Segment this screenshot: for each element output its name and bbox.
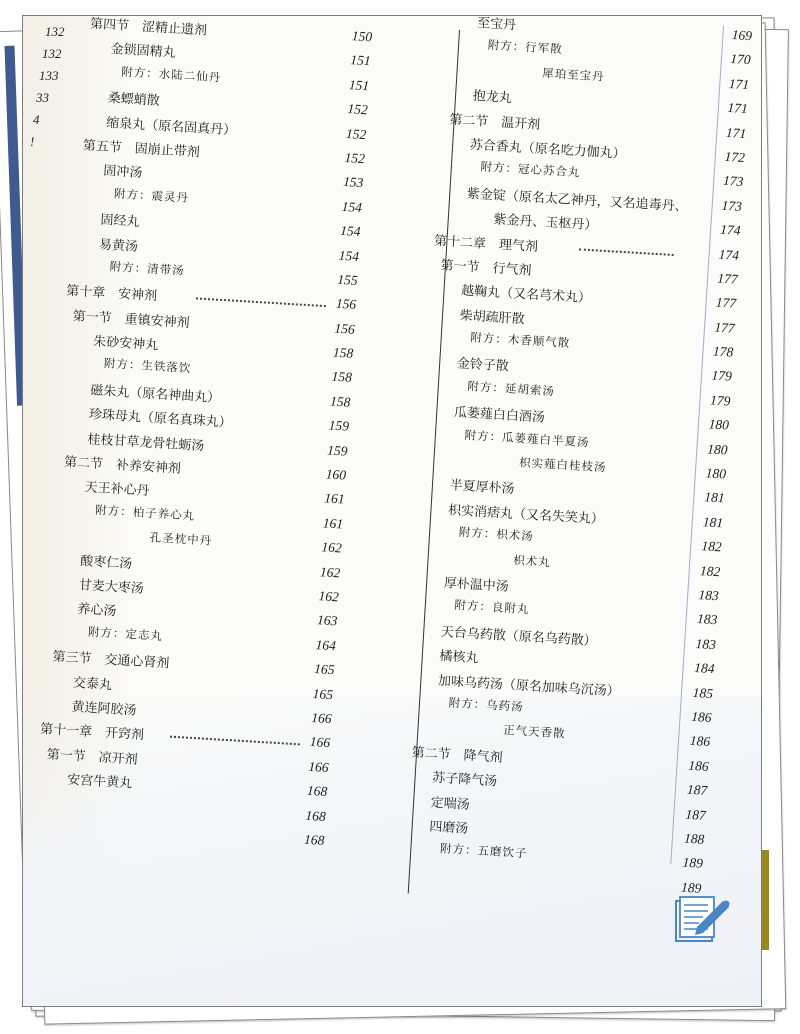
toc-page-number: 152 bbox=[344, 150, 365, 167]
toc-entry-title: 附方：冠心苏合丸 bbox=[480, 159, 581, 181]
toc-page-number: 166 bbox=[311, 710, 332, 727]
toc-entry-title: 附方：定志丸 bbox=[88, 623, 164, 643]
toc-entry-title: 附方：清带汤 bbox=[109, 258, 185, 278]
toc-entry-title: 附方：良附丸 bbox=[454, 597, 530, 617]
toc-entry-title: 第二节 温开剂 bbox=[449, 108, 541, 132]
toc-page-number: 187 bbox=[686, 782, 707, 799]
toc-page-number: 168 bbox=[304, 832, 325, 849]
toc-page-number: 177 bbox=[715, 295, 736, 312]
toc-entry-title: 附方：柏子养心丸 bbox=[95, 502, 196, 524]
toc-page-number: 185 bbox=[692, 684, 713, 701]
notepad-with-pencil-icon bbox=[673, 893, 733, 945]
toc-page-number: 158 bbox=[331, 369, 352, 386]
toc-entry-title: 金铃子散 bbox=[456, 353, 509, 375]
toc-page-number: 188 bbox=[684, 831, 705, 848]
toc-page-number: 182 bbox=[701, 538, 722, 555]
toc-entry-title: 养心汤 bbox=[77, 598, 117, 619]
toc-entry-title: 附方：延胡索汤 bbox=[467, 378, 555, 399]
leader-dots bbox=[170, 736, 300, 746]
toc-entry-title: 附方：五磨饮子 bbox=[440, 840, 528, 861]
toc-page-number: 151 bbox=[348, 77, 369, 94]
toc-page-number: 166 bbox=[309, 734, 330, 751]
toc-entry-title: 附方：木香顺气散 bbox=[470, 329, 571, 351]
toc-entry-title: 正气天香散 bbox=[503, 722, 566, 742]
toc-entry-title: 孔圣枕中丹 bbox=[149, 529, 212, 549]
toc-entry-title: 枳实薤白桂枝汤 bbox=[519, 454, 607, 475]
toc-page-number: 178 bbox=[713, 344, 734, 361]
toc-entry-title: 柴胡疏肝散 bbox=[459, 304, 525, 327]
toc-page-number: 164 bbox=[315, 637, 336, 654]
toc-page-number: 179 bbox=[710, 392, 731, 409]
toc-page-number: 181 bbox=[702, 514, 723, 531]
toc-entry-title: 第一节 凉开剂 bbox=[46, 743, 138, 767]
toc-entry-title: 苏子降气汤 bbox=[432, 767, 498, 790]
toc-page-number: 171 bbox=[726, 124, 747, 141]
toc-page-number: 177 bbox=[717, 271, 738, 288]
toc-entry-title: 瓜蒌薤白白酒汤 bbox=[453, 402, 545, 426]
toc-entry-title: 附方：瓜蒌薤白半夏汤 bbox=[464, 427, 590, 450]
leader-dots bbox=[196, 298, 326, 308]
toc-page-number: 156 bbox=[334, 320, 355, 337]
toc-page-number: 166 bbox=[308, 759, 329, 776]
toc-page-number: 179 bbox=[711, 368, 732, 385]
toc-page-number: 171 bbox=[728, 76, 749, 93]
toc-entry-title: 第一节 行气剂 bbox=[440, 254, 532, 278]
toc-right-column: 至宝丹169附方：行军散170犀珀至宝丹171抱龙丸171第二节 温开剂171苏… bbox=[376, 15, 728, 900]
toc-entry-title: 抱龙丸 bbox=[472, 85, 512, 106]
toc-entry-title: 天王补心丹 bbox=[84, 477, 150, 500]
toc-entry-title: 甘麦大枣汤 bbox=[78, 574, 144, 597]
toc-page-number: 169 bbox=[731, 27, 752, 44]
toc-page-number: 152 bbox=[346, 126, 367, 143]
toc-page-number: 174 bbox=[718, 246, 739, 263]
toc-entry-title: 附方：水陆二仙丹 bbox=[121, 63, 222, 85]
toc-page-number: 152 bbox=[347, 101, 368, 118]
toc-page-number: 165 bbox=[312, 686, 333, 703]
toc-page-number: 186 bbox=[691, 709, 712, 726]
toc-entry-title: 黄连阿胶汤 bbox=[71, 696, 137, 719]
leader-dots bbox=[579, 248, 674, 256]
toc-entry-title: 枳术丸 bbox=[513, 552, 551, 570]
toc-page-number: 150 bbox=[351, 28, 372, 45]
toc-page-number: 160 bbox=[325, 466, 346, 483]
toc-page-number: 158 bbox=[333, 345, 354, 362]
toc-entry-title: 附方：乌药汤 bbox=[448, 694, 524, 714]
toc-entry-title: 附方：生铁落饮 bbox=[104, 356, 192, 377]
toc-page-number: 158 bbox=[330, 393, 351, 410]
toc-page-number: 153 bbox=[343, 174, 364, 191]
toc-page-number: 161 bbox=[324, 491, 345, 508]
toc-page-number: 159 bbox=[328, 418, 349, 435]
toc-page-number: 155 bbox=[337, 272, 358, 289]
toc-entry-title: 附方：枳术汤 bbox=[458, 524, 534, 544]
toc-page-number: 187 bbox=[685, 806, 706, 823]
toc-page-number: 156 bbox=[335, 296, 356, 313]
toc-page-number: 180 bbox=[707, 441, 728, 458]
toc-page-number: 151 bbox=[350, 53, 371, 70]
toc-page-number: 154 bbox=[340, 223, 361, 240]
toc-page-number: 173 bbox=[723, 173, 744, 190]
photo-frame: 132132133334! 第四节 涩精止遗剂150金锁固精丸151附方：水陆二… bbox=[22, 15, 762, 1007]
toc-page-number: 183 bbox=[697, 611, 718, 628]
toc-entry-title: 交泰丸 bbox=[73, 671, 113, 692]
toc-page-number: 162 bbox=[321, 539, 342, 556]
toc-left-column: 第四节 涩精止遗剂150金锁固精丸151附方：水陆二仙丹151桑螵蛸散152缩泉… bbox=[22, 15, 392, 855]
toc-entry-title: 易黄汤 bbox=[99, 233, 139, 254]
toc-page-number: 184 bbox=[694, 660, 715, 677]
toc-page-number: 174 bbox=[720, 222, 741, 239]
toc-page-number: 154 bbox=[341, 199, 362, 216]
toc-entry-title: 四磨汤 bbox=[429, 815, 469, 836]
toc-page-number: 168 bbox=[307, 783, 328, 800]
toc-entry-title: 第十章 安神剂 bbox=[66, 280, 158, 304]
toc-page-number: 172 bbox=[724, 149, 745, 166]
toc-entry-title: 橘核丸 bbox=[439, 645, 479, 666]
toc-page-number: 168 bbox=[305, 807, 326, 824]
toc-entry-title: 至宝丹 bbox=[477, 15, 517, 33]
toc-entry-title: 附方：震灵丹 bbox=[114, 185, 190, 205]
toc-page-number: 173 bbox=[721, 198, 742, 215]
toc-entry-title: 第二节 降气剂 bbox=[411, 741, 503, 765]
toc-page-number: 163 bbox=[317, 613, 338, 630]
toc-page-number: 180 bbox=[708, 417, 729, 434]
toc-page-number: 162 bbox=[320, 564, 341, 581]
toc-entry-title: 朱砂安神丸 bbox=[93, 330, 159, 353]
toc-entry-title: 酸枣仁汤 bbox=[80, 550, 133, 572]
toc-page-number: 183 bbox=[695, 636, 716, 653]
toc-page-number: 183 bbox=[698, 587, 719, 604]
toc-page-number: 161 bbox=[322, 515, 343, 532]
toc-page-number: 186 bbox=[689, 733, 710, 750]
toc-entry-title: 厚朴温中汤 bbox=[443, 572, 509, 595]
toc-page-number: 189 bbox=[682, 855, 703, 872]
toc-entry-title: 固冲汤 bbox=[103, 160, 143, 181]
toc-entry-title: 金锁固精丸 bbox=[110, 38, 176, 61]
toc-page-number: 162 bbox=[318, 588, 339, 605]
toc-entry-title: 定喘汤 bbox=[430, 791, 470, 812]
toc-page-number: 159 bbox=[327, 442, 348, 459]
toc-page-number: 180 bbox=[705, 465, 726, 482]
toc-page-number: 181 bbox=[704, 490, 725, 507]
toc-entry-title: 安宫牛黄丸 bbox=[67, 769, 133, 792]
toc-page-number: 165 bbox=[314, 661, 335, 678]
toc-entry-title: 犀珀至宝丹 bbox=[542, 65, 605, 85]
toc-entry-title: 半夏厚朴汤 bbox=[449, 475, 515, 498]
toc-page-number: 154 bbox=[338, 247, 359, 264]
toc-page-number: 182 bbox=[700, 563, 721, 580]
toc-entry-title: 附方：行军散 bbox=[487, 37, 563, 57]
toc-page-number: 177 bbox=[714, 319, 735, 336]
toc-page-number: 171 bbox=[727, 100, 748, 117]
toc-page-number: 186 bbox=[688, 758, 709, 775]
toc-entry-title: 桑螵蛸散 bbox=[107, 87, 160, 109]
toc-page-number: 170 bbox=[730, 51, 751, 68]
toc-entry-title: 固经丸 bbox=[100, 209, 140, 230]
